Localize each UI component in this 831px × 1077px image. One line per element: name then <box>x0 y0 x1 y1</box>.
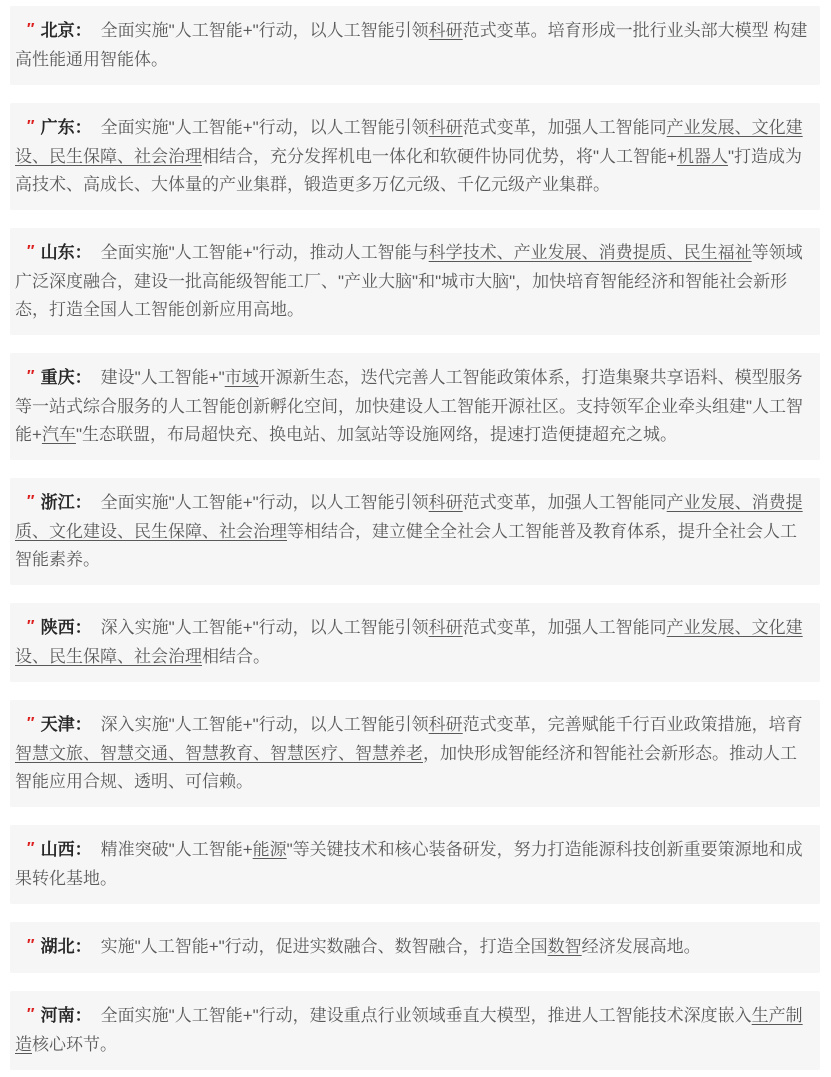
quote-icon: ″ <box>26 835 34 863</box>
policy-text: 全面实施"人工智能+"行动，以人工智能引领 <box>101 21 429 40</box>
policy-text: 实施"人工智能+"行动，促进实数融合、数智融合，打造全国 <box>101 937 548 956</box>
province-card: ″北京：全面实施"人工智能+"行动，以人工智能引领科研范式变革。培育形成一批行业… <box>10 6 820 85</box>
province-name: 北京： <box>41 21 92 40</box>
province-name: 广东： <box>41 118 92 137</box>
policy-paragraph: ″山东：全面实施"人工智能+"行动，推动人工智能与科学技术、产业发展、消费提质、… <box>15 239 808 324</box>
underlined-term: 数智 <box>548 937 582 956</box>
policy-text: 范式变革，加强人工智能同 <box>463 118 667 137</box>
policy-text: "生态联盟，布局超快充、换电站、加氢站等设施网络，提速打造便捷超充之城。 <box>76 425 677 444</box>
policy-paragraph: ″陕西：深入实施"人工智能+"行动，以人工智能引领科研范式变革，加强人工智能同产… <box>15 614 808 671</box>
policy-text: 范式变革，完善赋能千行百业政策措施，培育 <box>463 715 803 734</box>
policy-text: 全面实施"人工智能+"行动，以人工智能引领 <box>101 118 429 137</box>
quote-icon: ″ <box>26 16 34 44</box>
policy-text: 全面实施"人工智能+"行动，建设重点行业领域垂直大模型，推进人工智能技术深度嵌入 <box>101 1006 752 1025</box>
province-card: ″浙江：全面实施"人工智能+"行动，以人工智能引领科研范式变革，加强人工智能同产… <box>10 478 820 585</box>
quote-icon: ″ <box>26 932 34 960</box>
quote-icon: ″ <box>26 1001 34 1029</box>
province-card: ″山东：全面实施"人工智能+"行动，推动人工智能与科学技术、产业发展、消费提质、… <box>10 228 820 335</box>
quote-icon: ″ <box>26 363 34 391</box>
underlined-term: 汽车 <box>42 425 76 444</box>
policy-paragraph: ″广东：全面实施"人工智能+"行动，以人工智能引领科研范式变革，加强人工智能同产… <box>15 114 808 199</box>
quote-icon: ″ <box>26 488 34 516</box>
underlined-term: 科研 <box>429 618 463 637</box>
province-name: 浙江： <box>41 493 92 512</box>
policy-paragraph: ″天津：深入实施"人工智能+"行动，以人工智能引领科研范式变革，完善赋能千行百业… <box>15 711 808 796</box>
province-name: 陕西： <box>41 618 92 637</box>
policy-text: 深入实施"人工智能+"行动，以人工智能引领 <box>101 618 429 637</box>
underlined-term: 智慧文旅、智慧交通、智慧教育、智慧医疗、智慧养老 <box>15 744 423 763</box>
province-name: 山西： <box>41 840 92 859</box>
policy-paragraph: ″北京：全面实施"人工智能+"行动，以人工智能引领科研范式变革。培育形成一批行业… <box>15 17 808 74</box>
policy-text: 全面实施"人工智能+"行动，推动人工智能与 <box>101 243 429 262</box>
policy-text: 精准突破"人工智能+ <box>101 840 253 859</box>
province-name: 重庆： <box>41 368 92 387</box>
policy-text: 相结合，充分发挥机电一体化和软硬件协同优势，将"人工智能+ <box>202 147 677 166</box>
province-card: ″湖北：实施"人工智能+"行动，促进实数融合、数智融合，打造全国数智经济发展高地… <box>10 922 820 973</box>
quote-icon: ″ <box>26 613 34 641</box>
underlined-term: 科研 <box>429 118 463 137</box>
policy-paragraph: ″浙江：全面实施"人工智能+"行动，以人工智能引领科研范式变革，加强人工智能同产… <box>15 489 808 574</box>
quote-icon: ″ <box>26 238 34 266</box>
underlined-term: 科研 <box>429 715 463 734</box>
underlined-term: 能源 <box>253 840 287 859</box>
province-card: ″陕西：深入实施"人工智能+"行动，以人工智能引领科研范式变革，加强人工智能同产… <box>10 603 820 682</box>
policy-paragraph: ″重庆：建设"人工智能+"市域开源新生态，迭代完善人工智能政策体系，打造集聚共享… <box>15 364 808 449</box>
policy-text: 建设"人工智能+" <box>101 368 225 387</box>
policy-text: 经济发展高地。 <box>582 937 701 956</box>
quote-icon: ″ <box>26 710 34 738</box>
province-card: ″重庆：建设"人工智能+"市域开源新生态，迭代完善人工智能政策体系，打造集聚共享… <box>10 353 820 460</box>
underlined-term: 机器人 <box>677 147 728 166</box>
underlined-term: 科学技术、产业发展、消费提质、民生福祉 <box>429 243 752 262</box>
province-name: 河南： <box>41 1006 92 1025</box>
policy-text: 相结合。 <box>202 647 270 666</box>
policy-paragraph: ″山西：精准突破"人工智能+能源"等关键技术和核心装备研发，努力打造能源科技创新… <box>15 836 808 893</box>
quote-icon: ″ <box>26 113 34 141</box>
policy-paragraph: ″湖北：实施"人工智能+"行动，促进实数融合、数智融合，打造全国数智经济发展高地… <box>15 933 808 962</box>
policy-text: 范式变革，加强人工智能同 <box>463 493 667 512</box>
policy-text: 核心环节。 <box>32 1035 117 1054</box>
policy-text: 范式变革，加强人工智能同 <box>463 618 667 637</box>
province-name: 山东： <box>41 243 92 262</box>
province-name: 湖北： <box>41 937 92 956</box>
province-card: ″天津：深入实施"人工智能+"行动，以人工智能引领科研范式变革，完善赋能千行百业… <box>10 700 820 807</box>
underlined-term: 科研 <box>429 21 463 40</box>
underlined-term: 市域 <box>225 368 259 387</box>
underlined-term: 科研 <box>429 493 463 512</box>
province-name: 天津： <box>41 715 92 734</box>
policy-paragraph: ″河南：全面实施"人工智能+"行动，建设重点行业领域垂直大模型，推进人工智能技术… <box>15 1002 808 1059</box>
province-card: ″广东：全面实施"人工智能+"行动，以人工智能引领科研范式变革，加强人工智能同产… <box>10 103 820 210</box>
province-card: ″山西：精准突破"人工智能+能源"等关键技术和核心装备研发，努力打造能源科技创新… <box>10 825 820 904</box>
policy-text: 深入实施"人工智能+"行动，以人工智能引领 <box>101 715 429 734</box>
policy-list: ″北京：全面实施"人工智能+"行动，以人工智能引领科研范式变革。培育形成一批行业… <box>0 0 831 1077</box>
province-card: ″河南：全面实施"人工智能+"行动，建设重点行业领域垂直大模型，推进人工智能技术… <box>10 991 820 1070</box>
policy-text: 全面实施"人工智能+"行动，以人工智能引领 <box>101 493 429 512</box>
